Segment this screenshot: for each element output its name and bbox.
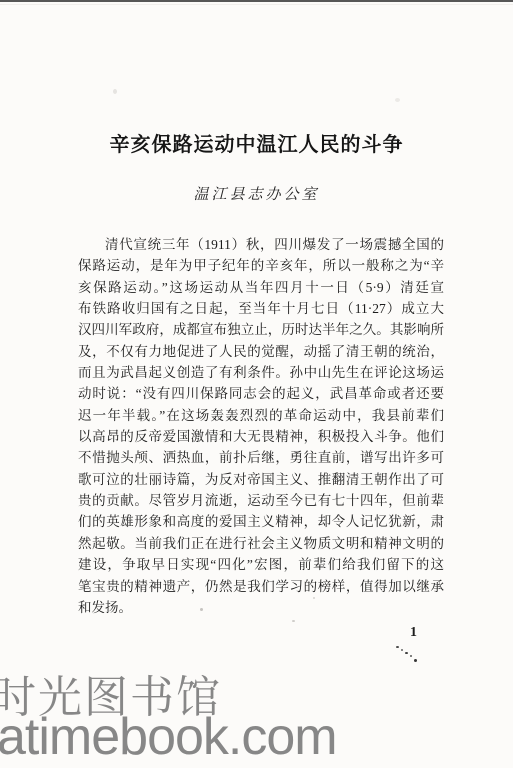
paragraph-line: 和发扬。	[78, 597, 444, 618]
scan-speckle	[313, 597, 315, 599]
paragraph-line: 布铁路收归国有之日起，至当年十月七日（11·27）成立大	[78, 298, 444, 319]
paragraph-line: 迟一年半载。”在这场轰轰烈烈的革命运动中，我县前辈们	[78, 405, 444, 426]
paragraph-line: 而且为武昌起义创造了有利条件。孙中山先生在评论这场运	[78, 362, 444, 383]
scan-speckle	[396, 646, 399, 648]
paragraph-line: 建设，争取早日实现“四化”宏图，前辈们给我们留下的这	[78, 554, 444, 575]
paragraph-line: 亥保路运动。”这场运动从当年四月十一日（5·9）清廷宣	[78, 277, 444, 298]
paragraph-line: 不惜抛头颅、洒热血，前扑后继，勇往直前，谱写出许多可	[78, 447, 444, 468]
scan-speckle	[395, 98, 400, 102]
article-body: 清代宣统三年（1911）秋，四川爆发了一场震撼全国的保路运动，是年为甲子纪年的辛…	[78, 234, 444, 618]
scan-speckle	[405, 652, 408, 654]
paragraph-line: 贵的贡献。尽管岁月流逝，运动至今已有七十四年，但前辈	[78, 490, 444, 511]
scan-edge-hairline	[0, 4, 513, 5]
paragraph-line: 以高昂的反帝爱国激情和大无畏精神，积极投入斗争。他们	[78, 426, 444, 447]
scan-speckle	[113, 89, 117, 94]
paragraph-line: 然起敬。当前我们正在进行社会主义物质文明和精神文明的	[78, 533, 444, 554]
scan-speckle	[401, 649, 403, 651]
scan-speckle	[414, 659, 417, 662]
watermark-site-url: atimebook.com	[0, 707, 337, 767]
paragraph-line: 歌可泣的壮丽诗篇，为反对帝国主义、推翻清王朝作出了可	[78, 469, 444, 490]
paragraph-line: 清代宣统三年（1911）秋，四川爆发了一场震撼全国的	[78, 234, 444, 255]
page-number: 1	[410, 625, 417, 641]
scan-speckle	[200, 608, 203, 611]
article-title: 辛亥保路运动中温江人民的斗争	[0, 128, 513, 157]
scan-speckle	[292, 620, 295, 622]
paragraph-line: 动时说：“没有四川保路同志会的起义，武昌革命或者还要	[78, 383, 444, 404]
paragraph-line: 笔宝贵的精神遗产，仍然是我们学习的榜样，值得加以继承	[78, 576, 444, 597]
scan-edge-strip	[0, 0, 513, 2]
scanned-book-page: 辛亥保路运动中温江人民的斗争 温江县志办公室 清代宣统三年（1911）秋，四川爆…	[0, 0, 513, 768]
scan-speckle	[410, 655, 412, 657]
paragraph-line: 及，不仅有力地促进了人民的觉醒，动摇了清王朝的统治，	[78, 341, 444, 362]
article-byline: 温江县志办公室	[0, 183, 513, 204]
paragraph-line: 保路运动，是年为甲子纪年的辛亥年，所以一般称之为“辛	[78, 255, 444, 276]
paragraph-line: 汉四川军政府，成都宣布独立止，历时达半年之久。其影响所	[78, 319, 444, 340]
paragraph-line: 们的英雄形象和高度的爱国主义精神，却令人记忆犹新，肃	[78, 511, 444, 532]
